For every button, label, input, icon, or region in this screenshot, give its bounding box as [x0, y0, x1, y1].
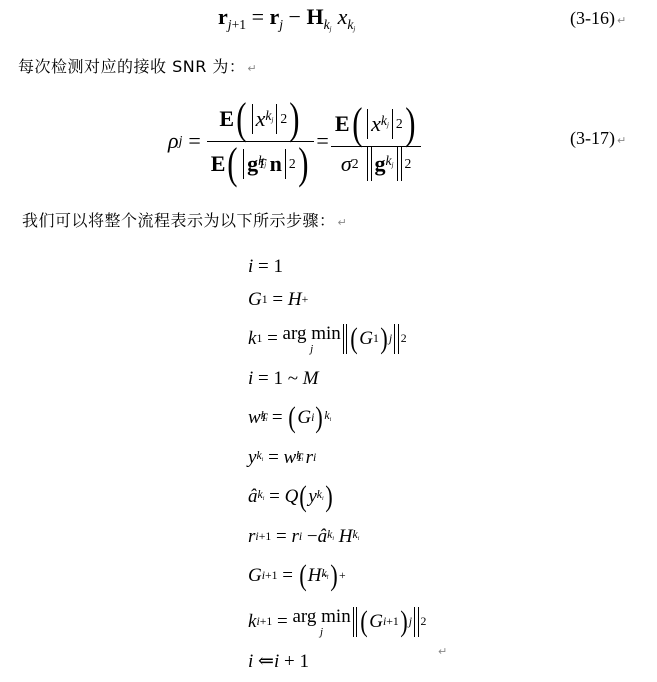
equation-3-16: rj+1 = rj − Hkjxkj [218, 4, 355, 30]
paragraph-mark-end: ↵ [436, 642, 447, 660]
equation-3-17: ρj = E(xkj2) E(gkjTn2) = E(xkj2) σ2gkj2 [168, 86, 421, 196]
paragraph-mark: ↵ [617, 134, 626, 147]
step-3: k1 = arg minj (G1)j2 [248, 316, 426, 362]
step-1: i = 1 [248, 250, 426, 283]
paragraph-mark: ↵ [247, 62, 257, 75]
paragraph-snr-intro: 每次检测对应的接收 SNR 为：↵ [18, 54, 257, 77]
step-9: Gi+1 = (Hki−)+ [248, 553, 426, 599]
step-7: âki = Q(yki) [248, 474, 426, 520]
paragraph-mark: ↵ [338, 216, 348, 229]
equation-number-3-16: (3-16)↵ [570, 8, 626, 29]
fraction-1: E(xkj2) E(gkjTn2) [207, 97, 315, 186]
paragraph-mark: ↵ [617, 14, 626, 27]
equation-number-3-17: (3-17)↵ [570, 128, 626, 149]
algorithm-steps: i = 1 G1 = H+ k1 = arg minj (G1)j2 i = 1… [248, 250, 426, 678]
fraction-2: E(xkj2) σ2gkj2 [331, 102, 422, 181]
step-6: yki = wkiTri [248, 441, 426, 474]
step-11: i ⇐ i + 1 [248, 645, 426, 678]
step-4: i = 1 ~ M [248, 362, 426, 395]
step-5: wkiT = (Gi)ki [248, 395, 426, 441]
step-8: ri+1 = ri − âki Hki [248, 520, 426, 553]
paragraph-steps-intro: 我们可以将整个流程表示为以下所示步骤：↵ [22, 208, 347, 231]
step-2: G1 = H+ [248, 283, 426, 316]
step-10: ki+1 = arg minj (Gi+1)j2 [248, 599, 426, 645]
